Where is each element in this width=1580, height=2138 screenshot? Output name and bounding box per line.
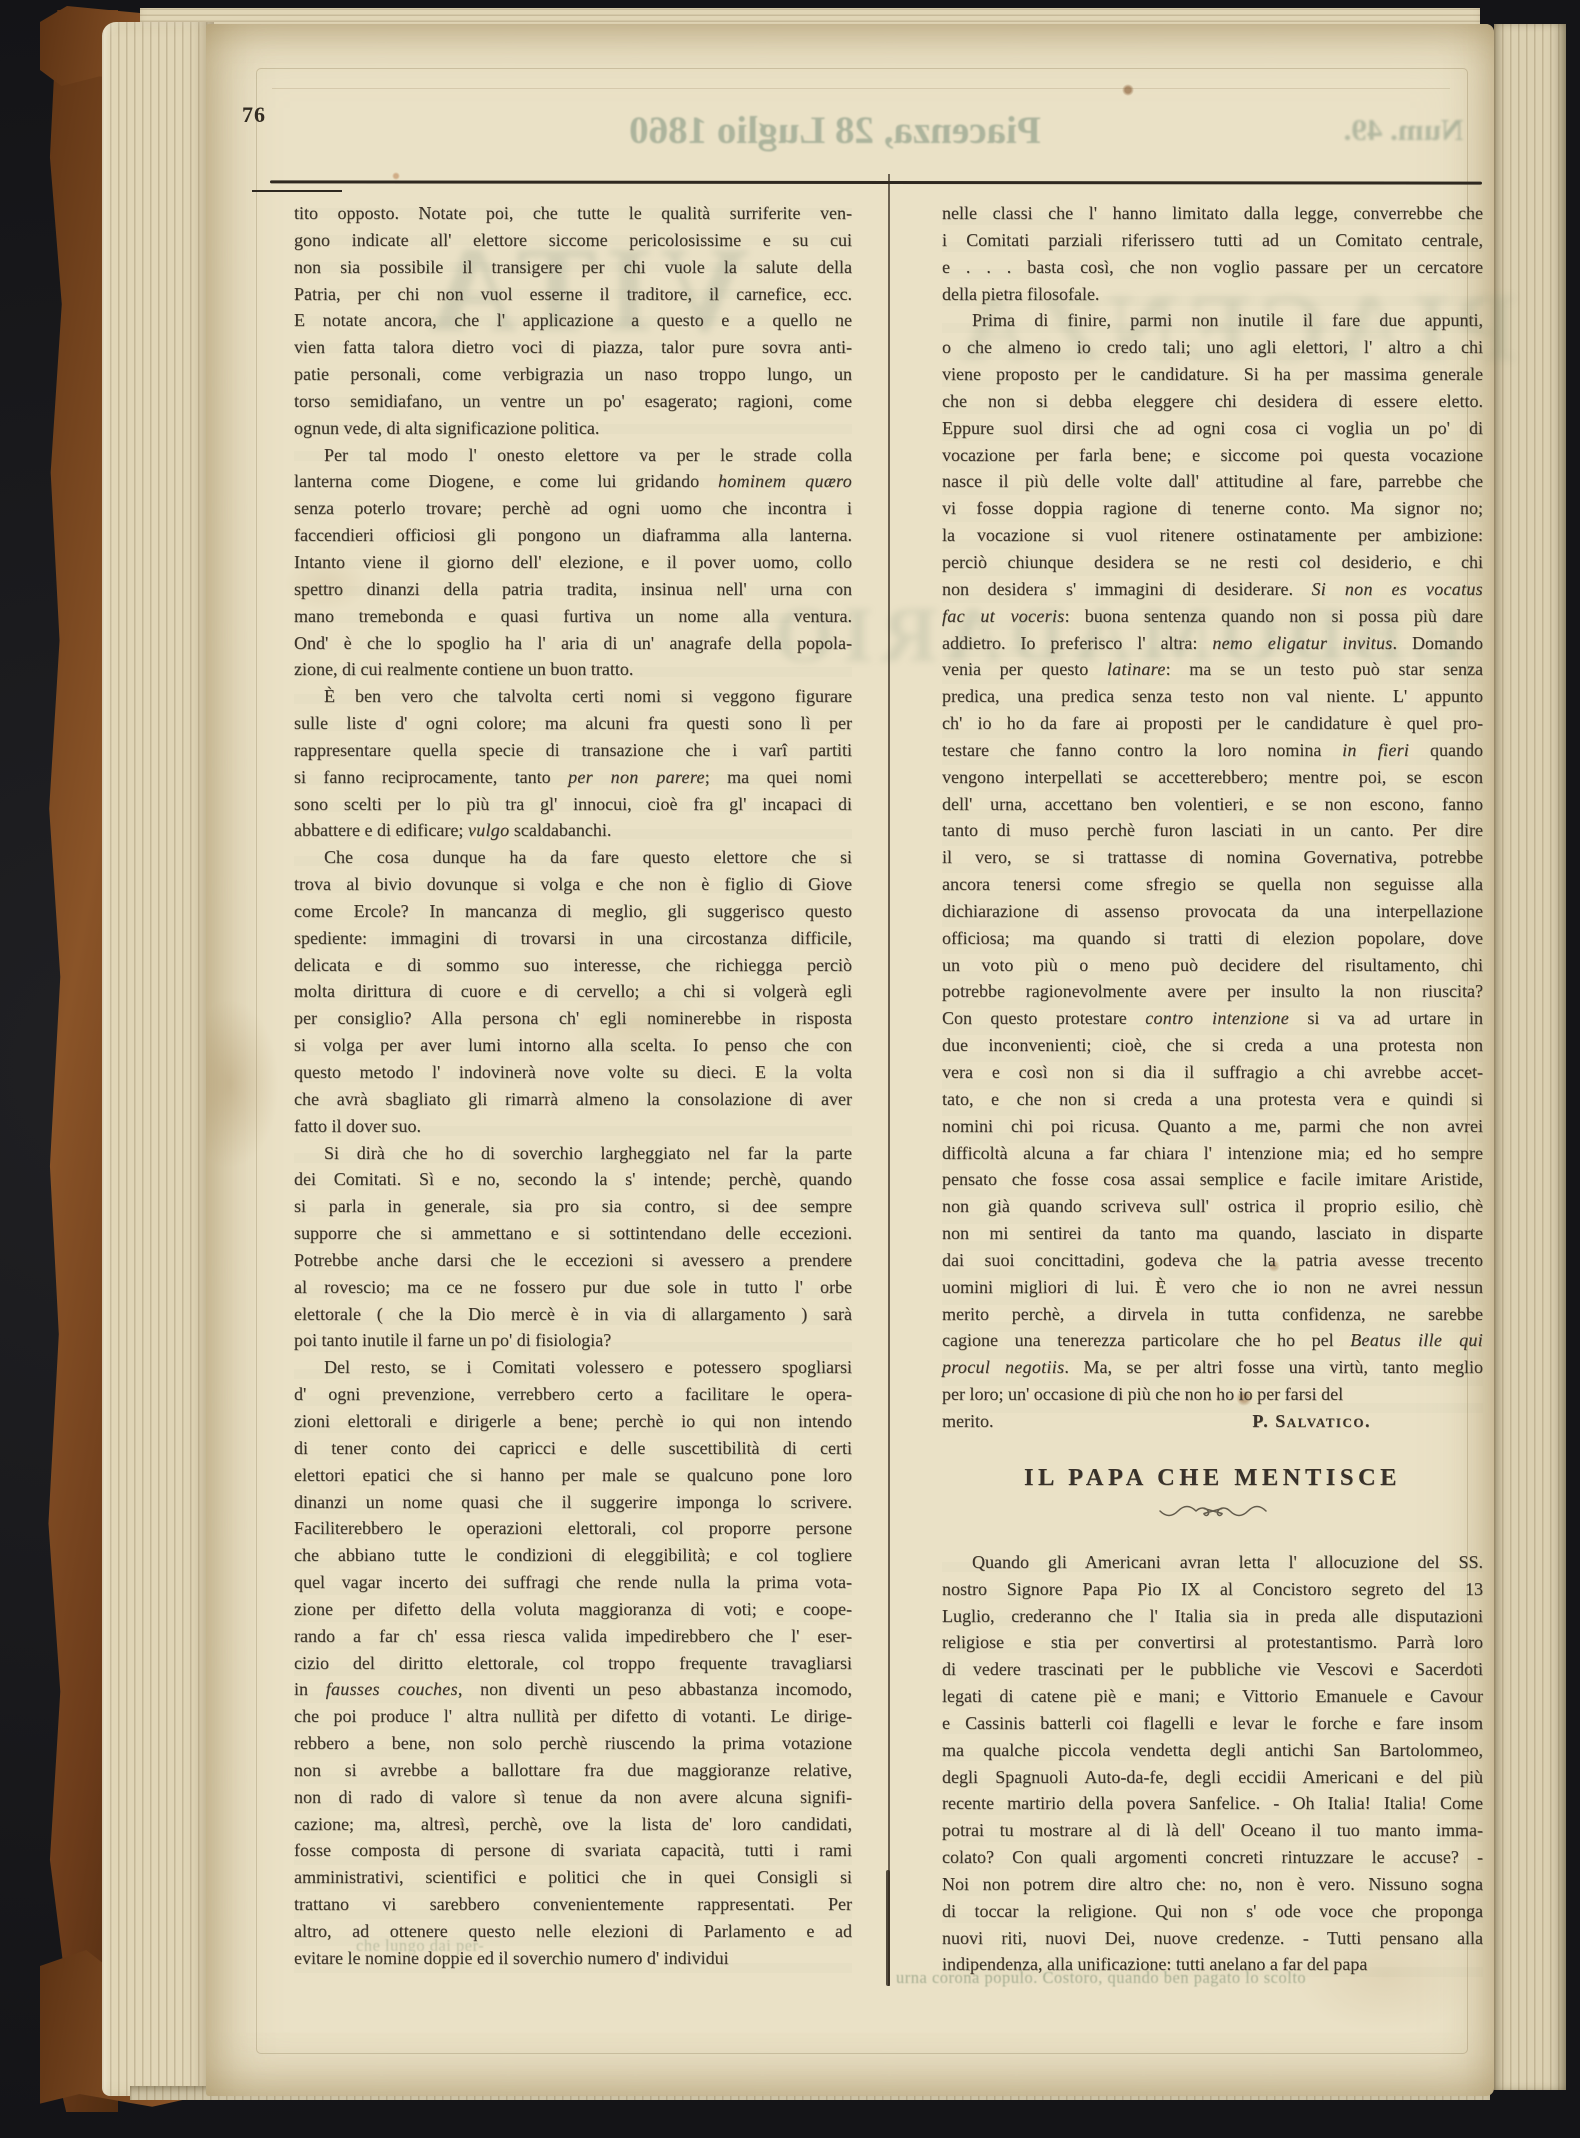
text-line: nuovi riti, nuovi Dei, nuove credenze. -… [942,1925,1483,1952]
text-line: senza poterlo trovare; perchè ad ogni uo… [294,495,852,522]
text-line: rebbero a bene, non solo perchè riuscend… [294,1730,852,1757]
article-closing-line: merito. P. Salvatico. [942,1408,1483,1435]
text-line: evitare le nomine doppie ed il soverchio… [294,1945,852,1972]
text-line: non desidera s' immagini di desiderare. … [942,576,1483,603]
text-line: non già quando scriveva sull' ostrica il… [942,1193,1483,1220]
text-line: molta dirittura di cuore e di cervello; … [294,978,852,1005]
text-line: merito perchè, a dirvela in tutta confid… [942,1301,1483,1328]
text-line: trova al bivio dovunque si volga e che n… [294,871,852,898]
book-scan-scene: Piacenza, 28 Luglio 1860 Num. 49. VITA P… [0,0,1580,2138]
text-line: Eppure suol dirsi che ad ogni cosa ci vo… [942,415,1483,442]
text-line: elettorale ( che la Dio mercè è in via d… [294,1301,852,1328]
text-line: procul negotiis. Ma, se per altri fosse … [942,1354,1483,1381]
text-line: vera e così non si dia il suffragio a ch… [942,1059,1483,1086]
text-line: supporre che si ammettano e si sottinten… [294,1220,852,1247]
text-line: che non si debba eleggere chi desidera d… [942,388,1483,415]
text-line: un voto più o meno può decidere del risu… [942,952,1483,979]
bleed-through-date-header: Piacenza, 28 Luglio 1860 [490,108,1180,153]
article2-text: Quando gli Americani avran letta l' allo… [942,1549,1483,1979]
page-number: 76 [242,102,266,128]
text-line: dell' urna, accettano ben volentieri, e … [942,791,1483,818]
text-line: il vero, se si trattasse di nomina Gover… [942,844,1483,871]
article-continuation-text: nelle classi che l' hanno limitato dalla… [942,200,1483,1408]
text-line: Ond' è che lo spoglio ha l' aria di un' … [294,630,852,657]
text-line: questo metodo l' indovinerà nove volte s… [294,1059,852,1086]
text-line: che avrà sbagliato gli rimarrà almeno la… [294,1086,852,1113]
text-line: nasce il più delle volte dall' attitudin… [942,468,1483,495]
text-line: nelle classi che l' hanno limitato dalla… [942,200,1483,227]
text-line: predica, una predica senza testo non val… [942,683,1483,710]
text-line: Noi non potrem dire altro che: no, non è… [942,1871,1483,1898]
text-line: dai suoi concittadini, godeva che la pat… [942,1247,1483,1274]
text-line: E notate ancora, che l' applicazione a q… [294,307,852,334]
text-line: ancora tenersi come sfregio se quella no… [942,871,1483,898]
text-line: tito opposto. Notate poi, che tutte le q… [294,200,852,227]
text-line: gono indicate all' elettore siccome peri… [294,227,852,254]
text-line: Che cosa dunque ha da fare questo eletto… [294,844,852,871]
text-line: vengono interpellati se accetterebbero; … [942,764,1483,791]
embossed-frame-line-2 [272,88,1450,89]
text-line: degli Spagnuoli Auto-da-fe, degli eccidi… [942,1764,1483,1791]
text-line: colato? Con quali argomenti concreti rin… [942,1844,1483,1871]
author-signature: P. Salvatico. [1252,1408,1371,1435]
text-line: spettro dinanzi della patria tradita, in… [294,576,852,603]
text-line: abbattere e di edificare; vulgo scaldaba… [294,817,852,844]
text-line: di vedere trascinati per le pubbliche vi… [942,1656,1483,1683]
text-line: Patria, per chi non vuol esserne il trad… [294,281,852,308]
text-line: delicata e di sommo suo interesse, che r… [294,952,852,979]
text-line: non sia possibile il transigere per chi … [294,254,852,281]
header-rule-dash [252,190,342,192]
text-line: vocazione per farla bene; e siccome poi … [942,442,1483,469]
text-line: indipendenza, alla unificazione: tutti a… [942,1951,1483,1978]
ornament-divider-icon [1157,1503,1269,1519]
text-line: non mi sentirei da tanto ma quando, lasc… [942,1220,1483,1247]
header-rule [270,180,1482,184]
text-line: addietro. Io preferisco l' altra: nemo e… [942,630,1483,657]
text-line: trattano vi sarebbero convenientemente r… [294,1891,852,1918]
text-line: torso semidiafano, un ventre un po' esag… [294,388,852,415]
text-line: fac ut voceris: buona sentenza quando no… [942,603,1483,630]
text-line: elettori epatici che si hanno per male s… [294,1462,852,1489]
text-line: in fausses couches, non diventi un peso … [294,1676,852,1703]
text-line: fosse composta di persone di svariata ca… [294,1837,852,1864]
text-line: non si avrebbe a ballottare fra due magg… [294,1757,852,1784]
text-line: due inconvenienti; cioè, che si creda a … [942,1032,1483,1059]
text-line: viene proposto per le candidature. Si ha… [942,361,1483,388]
text-line: vi fosse doppia ragione di tenerne conto… [942,495,1483,522]
text-line: la vocazione si vuol ritenere ostinatame… [942,522,1483,549]
text-line: si parla in generale, sia pro sia contro… [294,1193,852,1220]
text-line: zione, di cui realmente contiene un buon… [294,656,852,683]
text-line: uomini migliori di lui. È vero che io no… [942,1274,1483,1301]
text-line: lanterna come Diogene, e come lui gridan… [294,468,852,495]
text-line: nostro Signore Papa Pio IX al Concistoro… [942,1576,1483,1603]
text-line: Faciliterebbero le operazioni elettorali… [294,1515,852,1542]
text-line: pensato che fosse cosa assai semplice e … [942,1166,1483,1193]
text-line: sono scelti per lo più tra gl' innocui, … [294,791,852,818]
bleed-through-issue-number: Num. 49. [1321,112,1486,148]
text-line: Intanto viene il giorno dell' elezione, … [294,549,852,576]
text-line: tanto di muso perchè furon lasciati in u… [942,817,1483,844]
text-line: per consiglio? Alla persona ch' egli nom… [294,1005,852,1032]
text-line: di tener conto dei capricci e delle susc… [294,1435,852,1462]
text-line: e Cassinis batterli coi flagelli e levar… [942,1710,1483,1737]
text-line: recente martirio della povera Sanfelice.… [942,1790,1483,1817]
text-line: o che almeno io credo tali; uno agli ele… [942,334,1483,361]
text-line: di toccar la religione. Qui non s' ode v… [942,1898,1483,1925]
text-line: tato, e che non si creda a una protesta … [942,1086,1483,1113]
text-line: per loro; un' occasione di più che non h… [942,1381,1483,1408]
text-line: difficoltà alcuna a far chiara l' intenz… [942,1140,1483,1167]
text-line: officiosa; ma quando si tratti di elezio… [942,925,1483,952]
text-line: della pietra filosofale. [942,281,1483,308]
text-line: come Ercole? In mancanza di meglio, gli … [294,898,852,925]
page-stack-left-edge [102,22,214,2096]
closing-word: merito. [942,1408,994,1435]
text-line: Quando gli Americani avran letta l' allo… [942,1549,1483,1576]
text-line: Del resto, se i Comitati volessero e pot… [294,1354,852,1381]
text-line: amministrativi, scientifici e politici c… [294,1864,852,1891]
text-line: non di rado di valore sì tenue da non av… [294,1784,852,1811]
text-line: cizio del diritto elettorale, col troppo… [294,1650,852,1677]
text-line: si fanno reciprocamente, tanto per non p… [294,764,852,791]
text-line: patie personali, come verbigrazia un nas… [294,361,852,388]
text-line: È ben vero che talvolta certi nomi si ve… [294,683,852,710]
text-line: Si dirà che ho di soverchio largheggiato… [294,1140,852,1167]
text-line: religiose e stia per convertirsi al prot… [942,1629,1483,1656]
text-line: cagione una tenerezza particolare che ho… [942,1327,1483,1354]
left-text-column: tito opposto. Notate poi, che tutte le q… [294,200,852,1972]
text-line: quel vagar incerto dei suffragi che rend… [294,1569,852,1596]
article-heading: IL PAPA CHE MENTISCE [942,1461,1483,1495]
scanned-newspaper-page: Piacenza, 28 Luglio 1860 Num. 49. VITA P… [206,24,1494,2096]
text-line: Potrebbe anche darsi che le eccezioni si… [294,1247,852,1274]
text-line: legati di catene piè e mani; e Vittorio … [942,1683,1483,1710]
text-line: Per tal modo l' onesto elettore va per l… [294,442,852,469]
text-line: potrai tu mostrare al di là dell' Oceano… [942,1817,1483,1844]
text-line: perciò chiunque desidera se ne resti col… [942,549,1483,576]
text-line: Luglio, crederanno che l' Italia sia in … [942,1603,1483,1630]
text-line: Prima di finire, parmi non inutile il fa… [942,307,1483,334]
text-line: e . . . basta così, che non voglio passa… [942,254,1483,281]
text-line: fatto il dover suo. [294,1113,852,1140]
text-line: vien fatta talora dietro voci di piazza,… [294,334,852,361]
column-divider-rule [888,174,890,1986]
text-line: cazione; ma, altresì, perchè, ove la lis… [294,1811,852,1838]
text-line: zione per difetto della voluta maggioran… [294,1596,852,1623]
text-line: altro, ad ottenere questo nelle elezioni… [294,1918,852,1945]
text-line: si volga per aver lumi intorno alla scel… [294,1032,852,1059]
text-line: rando a far ch' essa riesca valida imped… [294,1623,852,1650]
text-line: potrebbe ragionevolmente avere per insul… [942,978,1483,1005]
text-line: d' ogni prevenzione, verrebbero certo a … [294,1381,852,1408]
text-line: ma qualche piccola vendetta degli antich… [942,1737,1483,1764]
text-line: sulle liste d' ogni colore; ma alcuni fr… [294,710,852,737]
text-line: ognun vede, di alta significazione polit… [294,415,852,442]
column-divider-ink-blot [886,1870,890,1986]
text-line: rappresentare quella specie di transazio… [294,737,852,764]
text-line: ch' io ho da fare ai proposti per le can… [942,710,1483,737]
text-line: Con questo protestare contro intenzione … [942,1005,1483,1032]
text-line: spediente: immagini di trovarsi in una c… [294,925,852,952]
text-line: dinanzi un nome quasi che il suggerire i… [294,1489,852,1516]
text-line: dei Comitati. Sì e no, secondo la s' int… [294,1166,852,1193]
text-line: che poi produce l' altra nullità per dif… [294,1703,852,1730]
text-line: i Comitati parziali riferissero tutti ad… [942,227,1483,254]
text-line: venia per questo latinare: ma se un test… [942,656,1483,683]
text-line: dichiarazione di assenso provocata da un… [942,898,1483,925]
text-line: al rovescio; ma ce ne fossero pur due so… [294,1274,852,1301]
text-line: faccendieri officiosi gli pongono un dia… [294,522,852,549]
text-line: testare che fanno contro la loro nomina … [942,737,1483,764]
text-line: nomini chi poi ricusa. Quanto a me, parm… [942,1113,1483,1140]
text-line: zioni elettorali e dirigerle a bene; per… [294,1408,852,1435]
text-line: mano tremebonda e quasi furtiva un nome … [294,603,852,630]
text-line: poi tanto inutile il farne un po' di fis… [294,1327,852,1354]
right-text-column: nelle classi che l' hanno limitato dalla… [942,200,1483,1978]
text-line: che abbiano tutte le condizioni di elegg… [294,1542,852,1569]
